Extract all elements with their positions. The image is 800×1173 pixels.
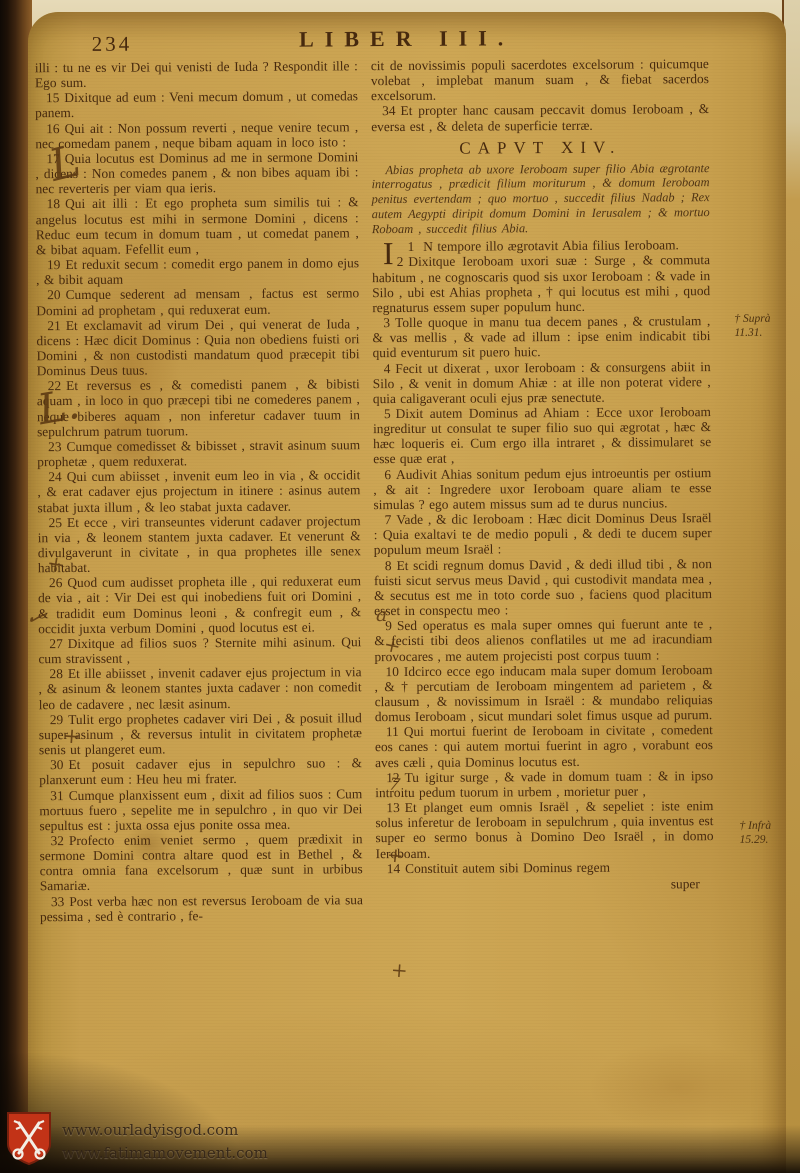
verse-number: 3 [383, 315, 395, 330]
verse-text: Et posuit cadaver ejus in sepulchro suo … [39, 755, 362, 787]
verse-paragraph: 28Et ille abiisset , invenit cadaver eju… [38, 664, 361, 711]
verse-number: 18 [47, 196, 65, 211]
verse-paragraph: 8Et scidi regnum domus David , & dedi il… [374, 556, 712, 619]
verse-text: Quod cum audisset propheta ille , qui re… [38, 574, 361, 636]
verse-paragraph: 22Et reversus es , & comedisti panem , &… [37, 377, 360, 440]
verse-text: Tu igitur surge , & vade in domum tuam :… [375, 768, 713, 800]
verse-text: Vade , & dic Ieroboam : Hæc dicit Dominu… [374, 510, 712, 557]
verse-paragraph: 4Fecit ut dixerat , uxor Ieroboam : & co… [373, 359, 711, 407]
verse-paragraph: 27Dixitque ad filios suos ? Sternite mih… [38, 634, 361, 666]
verse-text: Dixitque ad filios suos ? Sternite mihi … [38, 634, 361, 666]
verse-paragraph: 23Cumque comedisset & bibisset , stravit… [37, 437, 360, 469]
verse-paragraph: 31Cumque planxissent eum , dixit ad fili… [39, 786, 362, 833]
verse-number: 11 [386, 724, 404, 739]
verse-paragraph: 6Audivit Ahias sonitum pedum ejus introe… [373, 465, 711, 513]
handwritten-mark: + [390, 957, 408, 982]
verse-paragraph: 13Et planget eum omnis Israël , & sepeli… [375, 798, 713, 861]
verse-number: 5 [384, 406, 396, 421]
verse-number: 24 [48, 469, 66, 484]
verse-text: Quia locutus est Dominus ad me in sermon… [35, 149, 358, 196]
verse-number: 28 [49, 666, 67, 681]
chapter-argument: Abias propheta ab uxore Ieroboam super f… [371, 161, 709, 237]
verse-paragraph: illi : tu ne es vir Dei qui venisti de I… [35, 58, 358, 90]
watermark: www.ourladyisgod.com www.fatimamovement.… [6, 1111, 268, 1167]
verse-paragraph: 25Et ecce , viri transeuntes viderunt ca… [38, 513, 361, 576]
verse-paragraph: 12Tu igitur surge , & vade in domum tuam… [375, 768, 713, 800]
verse-text: Constituit autem sibi Dominus regem [405, 859, 610, 875]
verse-text: N tempore illo ægrotavit Abia filius Ier… [423, 238, 679, 255]
verse-paragraph: 20Cumque sederent ad mensam , factus est… [36, 286, 359, 318]
verse-paragraph: 9Sed operatus es mala super omnes qui fu… [374, 616, 712, 664]
verse-number: 31 [50, 788, 68, 803]
margin-note-reference: 15.29. [740, 833, 772, 847]
verse-paragraph: 2Dixitque Ieroboam uxori suæ : Surge , &… [372, 253, 710, 316]
verse-text: Et reversus es , & comedisti panem , & b… [37, 377, 360, 439]
verse-number: 32 [50, 833, 68, 848]
verse-list-left: illi : tu ne es vir Dei qui venisti de I… [35, 58, 363, 924]
handwritten-mark: + [62, 723, 81, 748]
verse-text: Et propter hanc causam peccavit domus Ie… [371, 102, 709, 134]
verse-text: Post verba hæc non est reversus Ieroboam… [40, 892, 363, 924]
verse-text: Qui ait : Non possum reverti , neque ven… [35, 119, 358, 151]
verse-text: Sed operatus es mala super omnes qui fue… [374, 616, 712, 663]
drop-cap-letter: I [372, 239, 397, 266]
verse-paragraph: 33Post verba hæc non est reversus Ierobo… [40, 892, 363, 924]
verse-number: 21 [47, 318, 65, 333]
verse-number: 1 [408, 239, 424, 254]
verse-number: 25 [49, 515, 67, 530]
verse-paragraph: 18Qui ait illi : Et ego propheta sum sim… [36, 195, 359, 258]
verse-number: 26 [49, 575, 67, 590]
verse-paragraph: 26Quod cum audisset propheta ille , qui … [38, 574, 361, 637]
verse-number: 19 [47, 257, 65, 272]
book-page-photo: 234 LIBER III. illi : tu ne es vir Dei q… [0, 0, 800, 1173]
verse-number: 10 [385, 664, 403, 679]
verse-paragraph: 11Qui mortui fuerint de Ieroboam in civi… [375, 722, 713, 770]
verse-text: Dixitque ad eum : Veni mecum domum , ut … [35, 89, 358, 121]
margin-note-supra: † Suprà 11.31. [734, 313, 770, 340]
verse-text: Fecit ut dixerat , uxor Ieroboam : & con… [373, 359, 711, 406]
handwritten-mark: L. [34, 379, 83, 434]
verse-text: Dixitque Ieroboam uxori suæ : Surge , & … [372, 253, 710, 316]
verse-text: Qui cum abiisset , invenit eum leo in vi… [37, 467, 360, 514]
verse-number: 4 [384, 361, 396, 376]
verse-paragraph: 10Idcirco ecce ego inducam mala super do… [374, 662, 712, 725]
verse-paragraph: 15Dixitque ad eum : Veni mecum domum , u… [35, 89, 358, 121]
margin-note-symbol: † Infrà [739, 820, 771, 834]
verse-text: Qui mortui fuerint de Ieroboam in civita… [375, 722, 713, 769]
verse-text: Cumque comedisset & bibisset , stravit a… [37, 437, 360, 469]
verse-text: Et reduxit secum : comedit ergo panem in… [36, 255, 359, 287]
chapter-heading: CAPVT XIV. [371, 137, 709, 159]
verse-number: 23 [48, 439, 66, 454]
verse-text: Et scidi regnum domus David , & dedi ill… [374, 556, 712, 619]
margin-note-infra: † Infrà 15.29. [739, 820, 771, 847]
verse-text: Cumque planxissent eum , dixit ad filios… [39, 786, 362, 833]
verse-text: Audivit Ahias sonitum pedum ejus introeu… [373, 465, 711, 512]
verse-paragraph: 29Tulit ergo prophetes cadaver viri Dei … [39, 710, 362, 757]
verse-text: Et planget eum omnis Israël , & sepeliet… [375, 798, 713, 861]
margin-note-reference: 11.31. [734, 326, 770, 340]
verse-text: Qui ait illi : Et ego propheta sum simil… [36, 195, 359, 257]
catchword: super [376, 874, 714, 894]
verse-number: 34 [382, 103, 400, 118]
text-column-left: illi : tu ne es vir Dei qui venisti de I… [35, 58, 363, 924]
verse-number: 2 [397, 254, 409, 269]
verse-paragraph: cit de novissimis populi sacerdotes exce… [371, 56, 709, 104]
book-title: LIBER III. [197, 25, 617, 54]
verse-text: Cumque sederent ad mensam , factus est s… [36, 286, 359, 318]
verse-text: Dixit autem Dominus ad Ahiam : Ecce uxor… [373, 404, 711, 467]
verse-paragraph: 30Et posuit cadaver ejus in sepulchro su… [39, 755, 362, 787]
verse-text: Profecto enim veniet sermo , quem prædix… [40, 831, 363, 893]
verse-paragraph: 19Et reduxit secum : comedit ergo panem … [36, 255, 359, 287]
handwritten-mark: + [45, 551, 66, 577]
verse-paragraph: 24Qui cum abiisset , invenit eum leo in … [37, 467, 360, 514]
verse-text: Idcirco ecce ego inducam mala super domu… [375, 662, 713, 725]
watermark-url-2: www.fatimamovement.com [62, 1142, 268, 1165]
text-column-right: cit de novissimis populi sacerdotes exce… [371, 56, 714, 922]
verse-number: 8 [385, 558, 397, 573]
verse-list-right-top: cit de novissimis populi sacerdotes exce… [371, 56, 709, 134]
verse-paragraph: 32Profecto enim veniet sermo , quem præd… [40, 831, 363, 894]
verse-paragraph: 16Qui ait : Non possum reverti , neque v… [35, 119, 358, 151]
verse-text: Tulit ergo prophetes cadaver viri Dei , … [39, 710, 362, 757]
verse-number: 7 [385, 512, 397, 527]
verse-paragraph: 7Vade , & dic Ieroboam : Hæc dicit Domin… [374, 510, 712, 558]
crossed-keys-shield-icon [6, 1111, 52, 1167]
handwritten-mark: + [386, 842, 405, 868]
verse-paragraph: 17Quia locutus est Dominus ad me in serm… [35, 149, 358, 196]
verse-text: Et exclamavit ad virum Dei , qui venerat… [36, 316, 359, 378]
printed-content: 234 LIBER III. illi : tu ne es vir Dei q… [0, 0, 800, 1173]
verse-number: 15 [46, 90, 64, 105]
verse-number: 16 [46, 121, 64, 136]
verse-paragraph: 3Tolle quoque in manu tua decem panes , … [372, 313, 710, 361]
verse-text: Et ecce , viri transeuntes viderunt cada… [38, 513, 361, 575]
handwritten-mark: a [376, 604, 387, 626]
verse-text: cit de novissimis populi sacerdotes exce… [371, 56, 709, 103]
page-number: 234 [92, 32, 133, 57]
verse-text: Et ille abiisset , invenit cadaver ejus … [39, 664, 362, 711]
verse-text: illi : tu ne es vir Dei qui venisti de I… [35, 58, 358, 90]
verse-paragraph: 21Et exclamavit ad virum Dei , qui vener… [36, 316, 359, 379]
verse-number: 33 [51, 894, 69, 909]
margin-note-symbol: † Suprà [734, 313, 770, 327]
verse-number: 13 [386, 800, 404, 815]
verse-list-right: 2Dixitque Ieroboam uxori suæ : Surge , &… [372, 253, 714, 876]
text-columns: illi : tu ne es vir Dei qui venisti de I… [35, 56, 714, 924]
verse-paragraph: 5Dixit autem Dominus ad Ahiam : Ecce uxo… [373, 404, 711, 467]
verse-paragraph: 34Et propter hanc causam peccavit domus … [371, 102, 709, 134]
verse-number: 30 [50, 757, 68, 772]
verse-number: 27 [49, 636, 67, 651]
verse-number: 20 [47, 287, 65, 302]
verse-number: 6 [384, 467, 396, 482]
watermark-url-1: www.ourladyisgod.com [62, 1119, 268, 1142]
verse-text: Tolle quoque in manu tua decem panes , &… [372, 313, 710, 360]
